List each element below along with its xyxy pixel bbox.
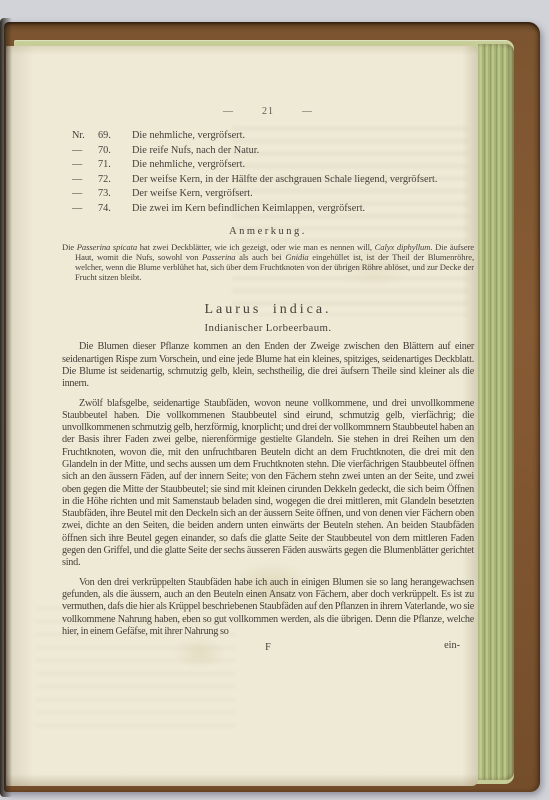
page-footer: F ein- [62, 642, 474, 655]
figure-list-item: — 73. Der weifse Kern, vergröfsert. [62, 187, 474, 200]
note-text: als auch bei [236, 252, 286, 262]
figure-item-number: 72. [98, 173, 132, 186]
note-latin-term: Calyx diphyllum [375, 242, 431, 252]
figure-item-text: Die reife Nufs, nach der Natur. [132, 144, 474, 157]
note-genus-name: Gnidia [285, 252, 308, 262]
catchword: ein- [444, 640, 460, 651]
figure-item-prefix: — [72, 158, 98, 171]
figure-list-item: — 72. Der weifse Kern, in der Hälfte der… [62, 173, 474, 186]
figure-list-item: — 70. Die reife Nufs, nach der Natur. [62, 144, 474, 157]
book-page: — 21 — Nr. 69. Die nehmliche, vergröfser… [6, 46, 478, 786]
figure-item-text: Der weifse Kern, vergröfsert. [132, 187, 474, 200]
anmerkung-note: Die Passerina spicata hat zwei Deckblätt… [62, 242, 474, 283]
figure-item-text: Die nehmliche, vergröfsert. [132, 158, 474, 171]
figure-list-item: Nr. 69. Die nehmliche, vergröfsert. [62, 129, 474, 142]
page-header: — 21 — [62, 106, 474, 117]
figure-item-number: 69. [98, 129, 132, 142]
body-paragraph-3: Von den drei verkrüppelten Staubfäden ha… [62, 577, 474, 638]
figure-item-prefix: Nr. [72, 129, 98, 142]
note-species-name: Passerina spicata [77, 242, 137, 252]
page-number: 21 [262, 106, 274, 117]
figure-item-text: Die zwei im Kern befindlichen Keimlappen… [132, 202, 474, 215]
note-genus-name: Passerina [202, 252, 235, 262]
body-paragraph-2: Zwölf blafsgelbe, seidenartige Staubfäde… [62, 398, 474, 570]
anmerkung-heading: Anmerkung. [62, 226, 474, 237]
page-text-block: — 21 — Nr. 69. Die nehmliche, vergröfser… [62, 106, 474, 655]
note-text: hat zwei Deckblätter, wie ich gezeigt, o… [137, 242, 375, 252]
fore-edge-page-striations [478, 44, 514, 780]
figure-item-number: 70. [98, 144, 132, 157]
figure-item-text: Der weifse Kern, in der Hälfte der aschg… [132, 173, 474, 186]
gutter-shadow [0, 18, 12, 797]
figure-item-prefix: — [72, 187, 98, 200]
figure-item-number: 74. [98, 202, 132, 215]
figure-item-prefix: — [72, 202, 98, 215]
figure-item-prefix: — [72, 144, 98, 157]
body-paragraph-1: Die Blumen dieser Pflanze kommen an den … [62, 341, 474, 390]
figure-item-text: Die nehmliche, vergröfsert. [132, 129, 474, 142]
section-subtitle-german: Indianischer Lorbeerbaum. [62, 322, 474, 334]
figure-list-item: — 71. Die nehmliche, vergröfsert. [62, 158, 474, 171]
figure-item-prefix: — [72, 173, 98, 186]
figure-item-number: 71. [98, 158, 132, 171]
figure-list: Nr. 69. Die nehmliche, vergröfsert. — 70… [62, 129, 474, 215]
signature-mark: F [62, 642, 474, 653]
figure-item-number: 73. [98, 187, 132, 200]
header-dash-right: — [302, 106, 313, 117]
note-text: Die [62, 242, 77, 252]
section-title-latin: Laurus indica. [62, 302, 474, 318]
header-dash-left: — [223, 106, 234, 117]
figure-list-item: — 74. Die zwei im Kern befindlichen Keim… [62, 202, 474, 215]
book-scan-photo: — 21 — Nr. 69. Die nehmliche, vergröfser… [0, 0, 549, 800]
